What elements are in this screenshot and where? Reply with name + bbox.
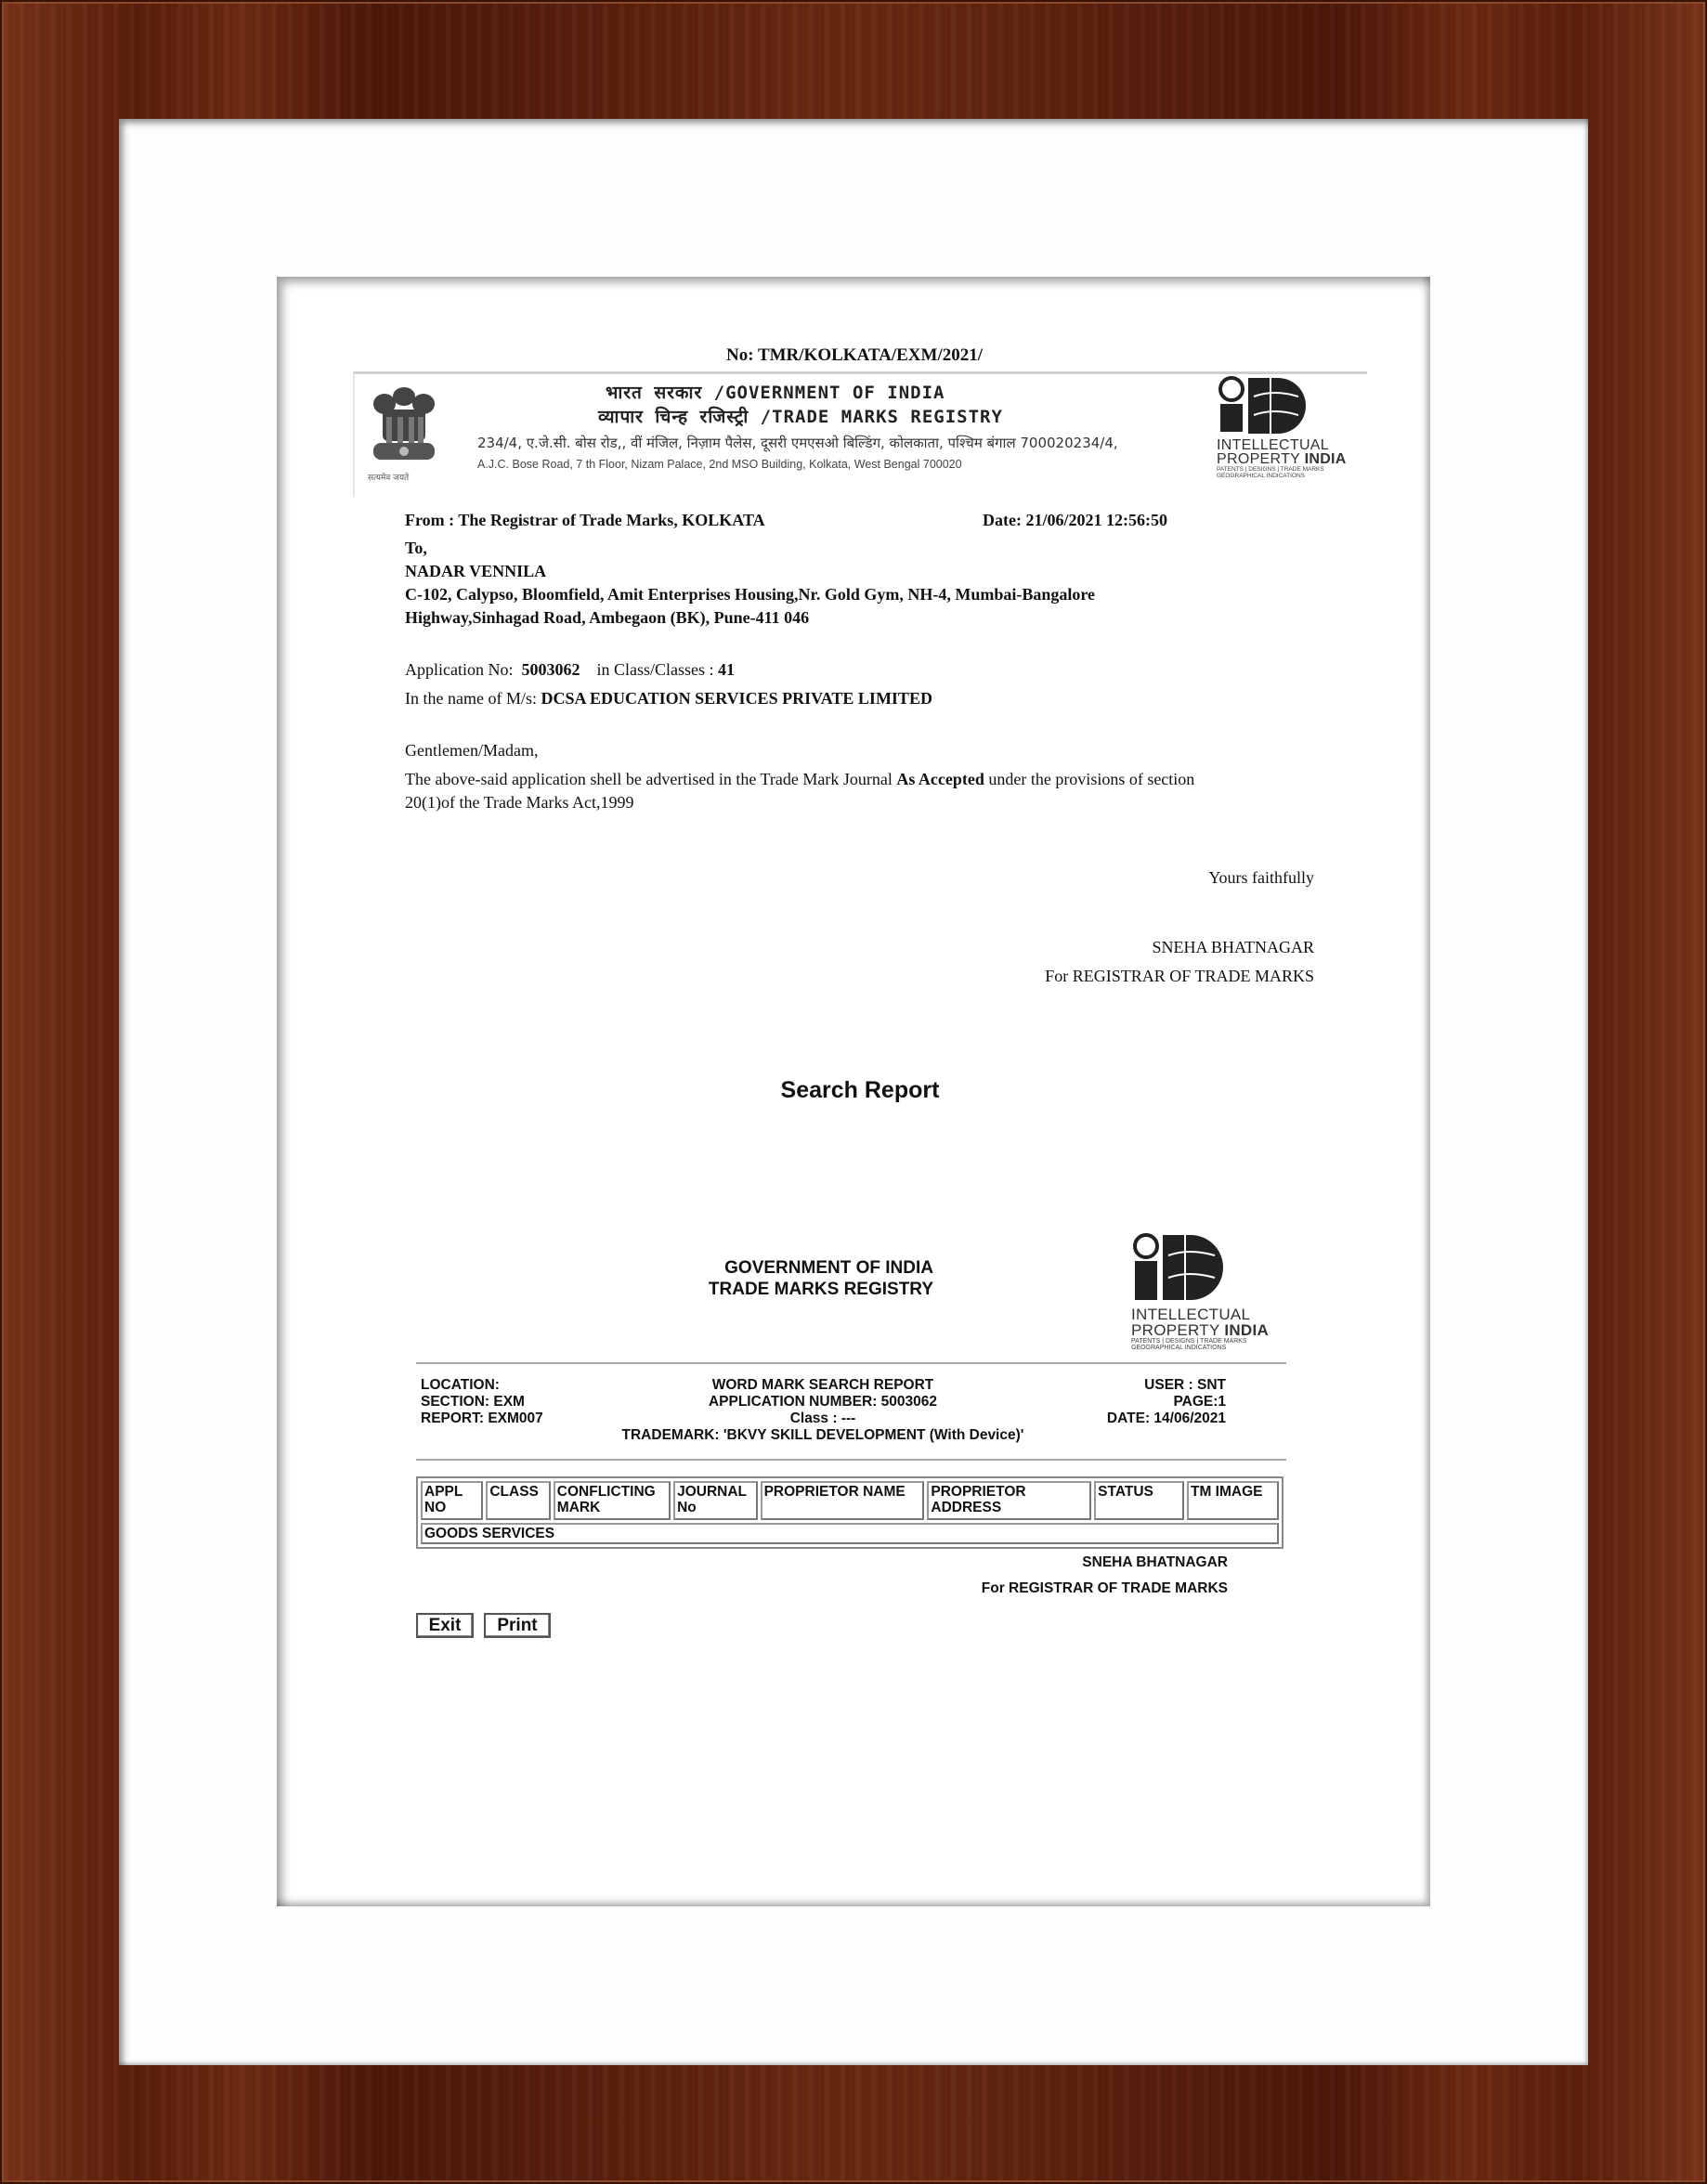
ip-logo-line-2-bold: INDIA xyxy=(1305,451,1347,467)
closing: Yours faithfully xyxy=(1208,868,1314,888)
applicant-label: In the name of M/s: xyxy=(405,689,537,708)
report-org-line-1: GOVERNMENT OF INDIA xyxy=(562,1257,933,1279)
column-header-line-2: ADDRESS xyxy=(931,1500,1088,1515)
ip-logo-line-2-regular: PROPERTY xyxy=(1217,451,1305,467)
column-header: APPLNO xyxy=(421,1481,483,1520)
letterhead-line-1-english: GOVERNMENT OF INDIA xyxy=(725,383,945,403)
application-number: 5003062 xyxy=(521,660,580,679)
goods-services-cell: GOODS SERVICES xyxy=(421,1523,1279,1544)
column-header-line-1: JOURNAL xyxy=(677,1484,754,1500)
goods-services-row: GOODS SERVICES xyxy=(421,1523,1279,1544)
class-value: 41 xyxy=(718,660,735,679)
ip-logo-line-2: PROPERTY INDIA xyxy=(1217,452,1347,466)
application-line: Application No: 5003062 in Class/Classes… xyxy=(405,660,735,680)
column-header: STATUS xyxy=(1094,1481,1184,1520)
report-ip-logo-line-2: PROPERTY INDIA xyxy=(1131,1322,1282,1338)
ip-india-logo-icon xyxy=(1217,376,1310,434)
search-report-title: Search Report xyxy=(684,1077,1036,1104)
report-signatory-title: For REGISTRAR OF TRADE MARKS xyxy=(982,1580,1228,1597)
report-application-number: APPLICATION NUMBER: 5003062 xyxy=(591,1396,1055,1408)
report-ip-logo-line-4: GEOGRAPHICAL INDICATIONS xyxy=(1131,1345,1282,1351)
search-results-table: APPLNOCLASSCONFLICTINGMARKJOURNALNoPROPR… xyxy=(416,1476,1284,1549)
column-header-line-1: CLASS xyxy=(489,1484,546,1500)
report-title: WORD MARK SEARCH REPORT xyxy=(591,1379,1055,1391)
column-header-line-1: APPL xyxy=(424,1484,479,1500)
column-header: CLASS xyxy=(486,1481,550,1520)
body-line-2: 20(1)of the Trade Marks Act,1999 xyxy=(405,793,633,812)
application-label: Application No: xyxy=(405,660,513,679)
emblem-caption: सत्यमेव जयते xyxy=(368,471,409,483)
ip-india-logo-icon xyxy=(1131,1233,1224,1302)
column-header-line-1: CONFLICTING xyxy=(557,1484,667,1500)
report-ip-india-logo: INTELLECTUAL PROPERTY INDIA PATENTS | DE… xyxy=(1131,1233,1282,1356)
body-line-1: The above-said application shell be adve… xyxy=(405,770,1194,789)
column-header-line-1: TM IMAGE xyxy=(1191,1484,1275,1500)
report-trademark: TRADEMARK: 'BKVY SKILL DEVELOPMENT (With… xyxy=(544,1429,1101,1441)
column-header-line-1: PROPRIETOR xyxy=(931,1484,1088,1500)
report-ip-logo-line-2-bold: INDIA xyxy=(1224,1321,1269,1339)
letterhead-address-english: A.J.C. Bose Road, 7 th Floor, Nizam Pala… xyxy=(477,458,962,471)
column-header: CONFLICTINGMARK xyxy=(554,1481,671,1520)
recipient-name: NADAR VENNILA xyxy=(405,562,546,581)
ip-logo-line-1: INTELLECTUAL xyxy=(1217,438,1347,452)
column-header: JOURNALNo xyxy=(673,1481,758,1520)
report-date: DATE: 14/06/2021 xyxy=(1107,1412,1226,1424)
applicant-name: DCSA EDUCATION SERVICES PRIVATE LIMITED xyxy=(541,689,932,708)
report-divider-top xyxy=(416,1362,1286,1364)
body-text-bold: As Accepted xyxy=(896,770,984,788)
body-text-part-1: The above-said application shell be adve… xyxy=(405,770,896,788)
letter-to-label: To, xyxy=(405,539,427,558)
letterhead-line-1-hindi: भारत सरकार / xyxy=(606,383,725,403)
recipient-address-line-1: C-102, Calypso, Bloomfield, Amit Enterpr… xyxy=(405,585,1095,604)
report-org-line-2: TRADE MARKS REGISTRY xyxy=(562,1279,933,1300)
exit-button[interactable]: Exit xyxy=(416,1613,474,1638)
letter-from: From : The Registrar of Trade Marks, KOL… xyxy=(405,511,765,530)
reference-number: No: TMR/KOLKATA/EXM/2021/ xyxy=(576,345,1133,366)
class-label: in Class/Classes : xyxy=(596,660,713,679)
letterhead-address-hindi: 234/4, ए.जे.सी. बोस रोड,, वीं मंजिल, निज… xyxy=(477,434,1118,452)
ip-logo-line-4: GEOGRAPHICAL INDICATIONS xyxy=(1217,473,1347,479)
report-signatory: SNEHA BHATNAGAR xyxy=(1082,1554,1228,1571)
letterhead-line-2-hindi: व्यापार चिन्ह रजिस्ट्री / xyxy=(598,407,772,427)
print-button[interactable]: Print xyxy=(484,1613,551,1638)
report-org-block: GOVERNMENT OF INDIA TRADE MARKS REGISTRY xyxy=(562,1257,933,1300)
column-header-line-1: STATUS xyxy=(1098,1484,1180,1500)
letterhead-line-1: भारत सरकार /GOVERNMENT OF INDIA xyxy=(606,380,945,404)
column-header-line-2: NO xyxy=(424,1500,479,1515)
column-header-line-2: MARK xyxy=(557,1500,667,1515)
letter-signatory-title: For REGISTRAR OF TRADE MARKS xyxy=(1045,967,1314,986)
letterhead-line-2-english: TRADE MARKS REGISTRY xyxy=(772,407,1003,427)
report-class: Class : --- xyxy=(591,1412,1055,1424)
letterhead-line-2: व्यापार चिन्ह रजिस्ट्री /TRADE MARKS REG… xyxy=(598,404,1003,428)
report-divider-bottom xyxy=(416,1459,1286,1461)
letter-date: Date: 21/06/2021 12:56:50 xyxy=(983,511,1167,530)
report-location: LOCATION: xyxy=(421,1379,500,1391)
ip-logo-line-3: PATENTS | DESIGNS | TRADE MARKS xyxy=(1217,466,1347,473)
letter-signatory: SNEHA BHATNAGAR xyxy=(1152,938,1314,957)
report-user: USER : SNT xyxy=(1144,1379,1226,1391)
applicant-line: In the name of M/s: DCSA EDUCATION SERVI… xyxy=(405,689,932,708)
report-ip-logo-line-2-regular: PROPERTY xyxy=(1131,1321,1224,1339)
column-header-line-2: No xyxy=(677,1500,754,1515)
ip-india-logo: INTELLECTUAL PROPERTY INDIA PATENTS | DE… xyxy=(1217,376,1347,478)
column-header-line-1: PROPRIETOR NAME xyxy=(764,1484,921,1500)
column-header: PROPRIETORADDRESS xyxy=(927,1481,1091,1520)
column-header: TM IMAGE xyxy=(1187,1481,1279,1520)
report-ip-logo-line-1: INTELLECTUAL xyxy=(1131,1306,1282,1322)
report-section: SECTION: EXM xyxy=(421,1396,525,1408)
table-header-row: APPLNOCLASSCONFLICTINGMARKJOURNALNoPROPR… xyxy=(421,1481,1279,1520)
salutation: Gentlemen/Madam, xyxy=(405,741,538,760)
recipient-address-line-2: Highway,Sinhagad Road, Ambegaon (BK), Pu… xyxy=(405,608,809,628)
letterhead: सत्यमेव जयते भारत सरकार /GOVERNMENT OF I… xyxy=(353,371,1367,497)
body-text-part-2: under the provisions of section xyxy=(984,770,1194,788)
report-id: REPORT: EXM007 xyxy=(421,1412,543,1424)
report-page: PAGE:1 xyxy=(1173,1396,1226,1408)
column-header: PROPRIETOR NAME xyxy=(761,1481,925,1520)
report-ip-logo-line-3: PATENTS | DESIGNS | TRADE MARKS xyxy=(1131,1338,1282,1345)
national-emblem-icon xyxy=(366,382,442,471)
